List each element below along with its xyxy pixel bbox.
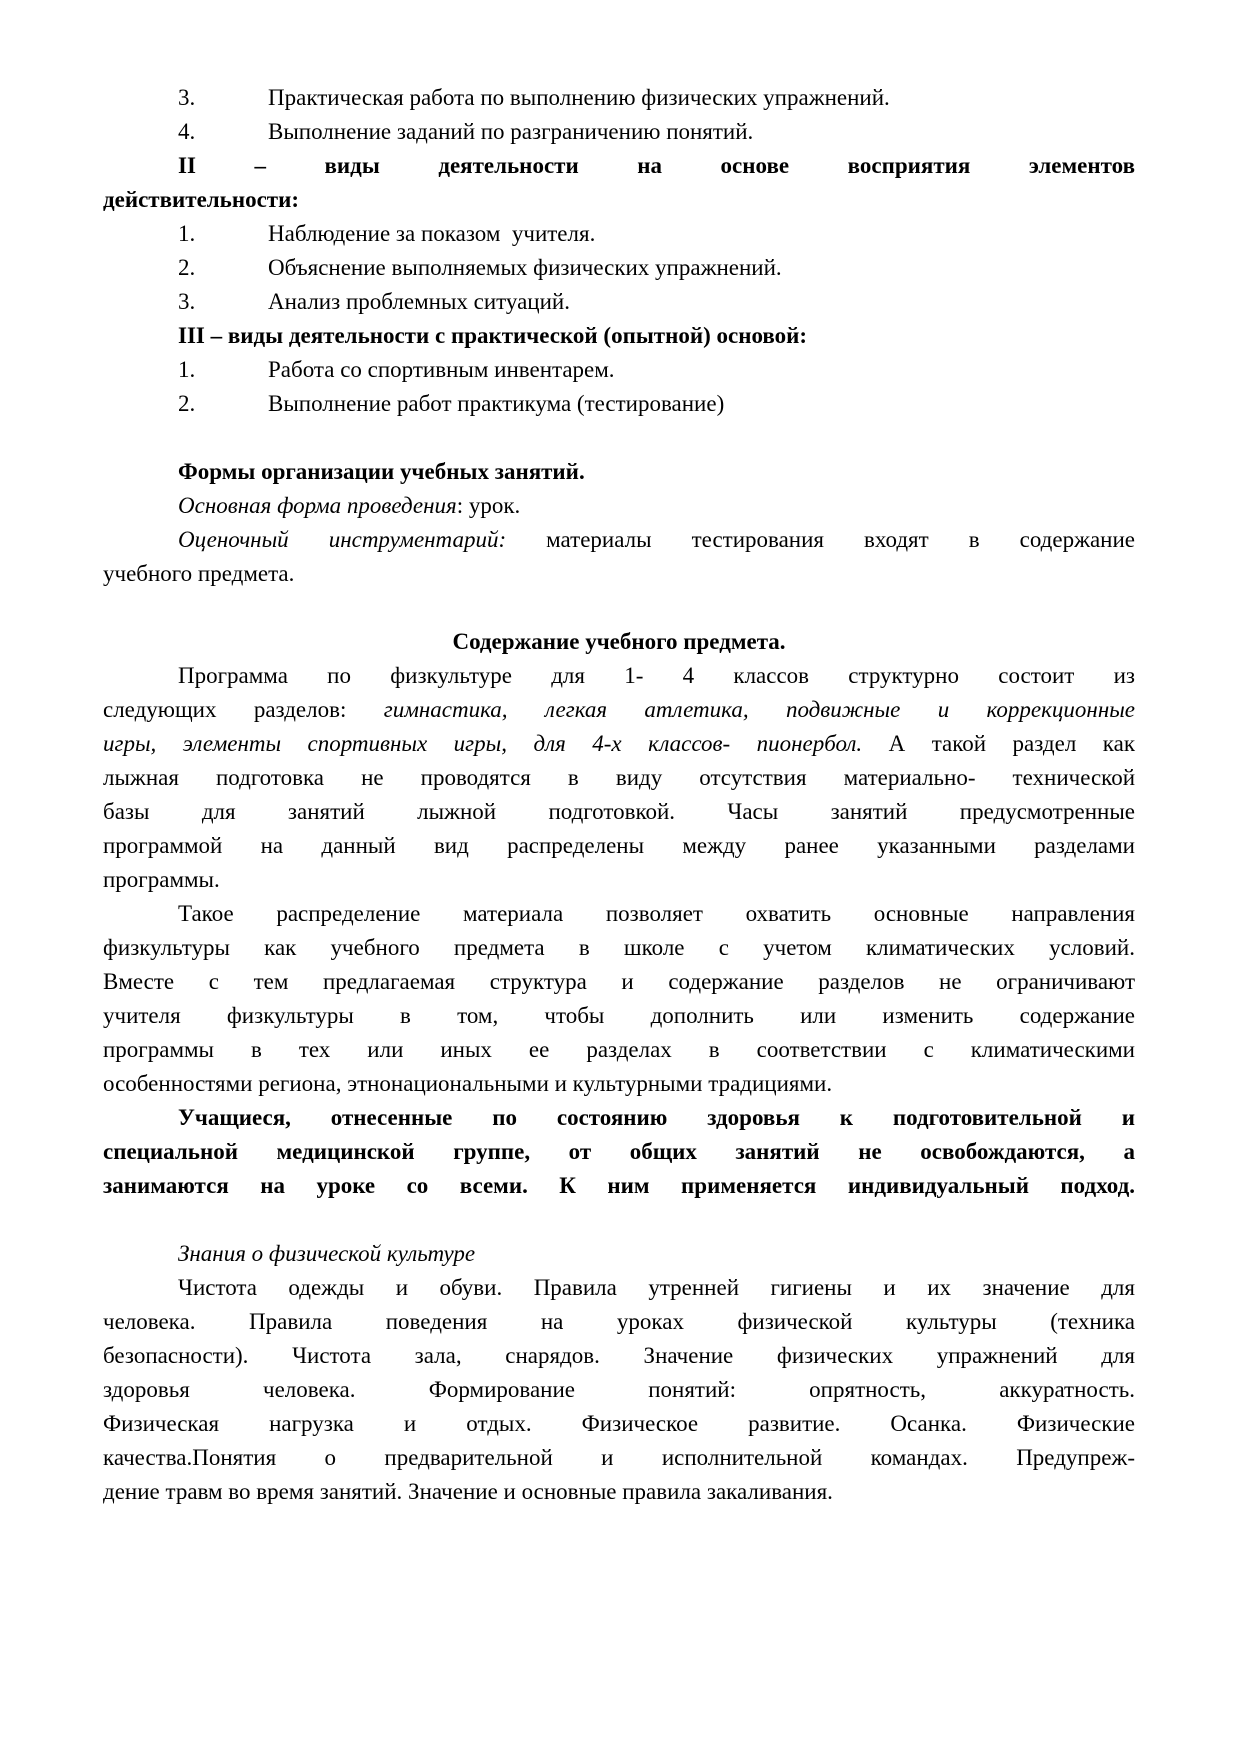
paragraph-line: программой на данный вид распределены ме… xyxy=(103,829,1135,863)
paragraph-line: игры, элементы спортивных игры, для 4-х … xyxy=(103,727,1135,761)
paragraph-line: следующих разделов: гимнастика, легкая а… xyxy=(103,693,1135,727)
list-item-number: 2. xyxy=(178,387,268,421)
text-run: следующих разделов: xyxy=(103,697,384,722)
text-run: безопасности). Чистота зала, снарядов. З… xyxy=(103,1343,1135,1368)
list-item-number: 1. xyxy=(178,217,268,251)
text-run: базы для занятий лыжной подготовкой. Час… xyxy=(103,799,1135,824)
text-run: действительности: xyxy=(103,187,299,212)
heading-line: Формы организации учебных занятий. xyxy=(103,455,1135,489)
numbered-list-item: 3.Анализ проблемных ситуаций. xyxy=(103,285,1135,319)
italic-run: игры, элементы спортивных игры, для 4-х … xyxy=(103,731,862,756)
paragraph-line: здоровья человека. Формирование понятий:… xyxy=(103,1373,1135,1407)
paragraph-line: базы для занятий лыжной подготовкой. Час… xyxy=(103,795,1135,829)
document-page: 3.Практическая работа по выполнению физи… xyxy=(0,0,1240,1754)
heading-line: III – виды деятельности с практической (… xyxy=(103,319,1135,353)
text-run: Содержание учебного предмета. xyxy=(452,629,785,654)
list-item-text: Практическая работа по выполнению физиче… xyxy=(268,85,890,110)
text-run: занимаются на уроке со всеми. К ним прим… xyxy=(103,1173,1135,1198)
blank-line xyxy=(103,421,1135,455)
text-run: программой на данный вид распределены ме… xyxy=(103,833,1135,858)
paragraph-line: физкультуры как учебного предмета в школ… xyxy=(103,931,1135,965)
text-run: Формы организации учебных занятий. xyxy=(178,459,585,484)
blank-line xyxy=(103,591,1135,625)
paragraph-line: программы. xyxy=(103,863,1135,897)
numbered-list-item: 2.Выполнение работ практикума (тестирова… xyxy=(103,387,1135,421)
text-run: Такое распределение материала позволяет … xyxy=(178,901,1135,926)
numbered-list-item: 1.Наблюдение за показом учителя. xyxy=(103,217,1135,251)
paragraph-line: дение травм во время занятий. Значение и… xyxy=(103,1475,1135,1509)
italic-run: Знания о физической культуре xyxy=(178,1241,475,1266)
blank-line xyxy=(103,1203,1135,1237)
paragraph-line: Чистота одежды и обуви. Правила утренней… xyxy=(103,1271,1135,1305)
heading-line: Учащиеся, отнесенные по состоянию здоров… xyxy=(103,1101,1135,1135)
heading-line: специальной медицинской группе, от общих… xyxy=(103,1135,1135,1169)
paragraph-line: Оценочный инструментарий: материалы тест… xyxy=(103,523,1135,557)
text-run: дение травм во время занятий. Значение и… xyxy=(103,1479,833,1504)
list-item-text: Выполнение работ практикума (тестировани… xyxy=(268,391,724,416)
text-run: Программа по физкультуре для 1- 4 классо… xyxy=(178,663,1135,688)
italic-run: гимнастика, легкая атлетика, подвижные и… xyxy=(384,697,1135,722)
paragraph-line: человека. Правила поведения на уроках фи… xyxy=(103,1305,1135,1339)
text-run: программы в тех или иных ее разделах в с… xyxy=(103,1037,1135,1062)
italic-run: Оценочный инструментарий: xyxy=(178,527,506,552)
paragraph-line: Программа по физкультуре для 1- 4 классо… xyxy=(103,659,1135,693)
paragraph-line: Такое распределение материала позволяет … xyxy=(103,897,1135,931)
text-run: особенностями региона, этнонациональными… xyxy=(103,1071,832,1096)
text-run: учебного предмета. xyxy=(103,561,294,586)
text-run: программы. xyxy=(103,867,220,892)
list-item-text: Объяснение выполняемых физических упражн… xyxy=(268,255,782,280)
text-run: учителя физкультуры в том, чтобы дополни… xyxy=(103,1003,1135,1028)
list-item-number: 1. xyxy=(178,353,268,387)
list-item-text: Работа со спортивным инвентарем. xyxy=(268,357,615,382)
text-run: : урок. xyxy=(457,493,521,518)
text-run: здоровья человека. Формирование понятий:… xyxy=(103,1377,1135,1402)
paragraph-line: безопасности). Чистота зала, снарядов. З… xyxy=(103,1339,1135,1373)
paragraph-line: качества.Понятия о предварительной и исп… xyxy=(103,1441,1135,1475)
text-run: Физическая нагрузка и отдых. Физическое … xyxy=(103,1411,1135,1436)
heading-line: действительности: xyxy=(103,183,1135,217)
text-run: А такой раздел как xyxy=(862,731,1135,756)
text-run: Учащиеся, отнесенные по состоянию здоров… xyxy=(178,1105,1135,1130)
list-item-text: Наблюдение за показом учителя. xyxy=(268,221,595,246)
paragraph-line: Знания о физической культуре xyxy=(103,1237,1135,1271)
paragraph-line: Физическая нагрузка и отдых. Физическое … xyxy=(103,1407,1135,1441)
text-run: специальной медицинской группе, от общих… xyxy=(103,1139,1135,1164)
text-run: материалы тестирования входят в содержан… xyxy=(506,527,1135,552)
italic-run: Основная форма проведения xyxy=(178,493,457,518)
paragraph-line: учебного предмета. xyxy=(103,557,1135,591)
text-run: Чистота одежды и обуви. Правила утренней… xyxy=(178,1275,1135,1300)
text-run: II – виды деятельности на основе восприя… xyxy=(178,153,1135,178)
heading-line: II – виды деятельности на основе восприя… xyxy=(103,149,1135,183)
paragraph-line: Основная форма проведения: урок. xyxy=(103,489,1135,523)
paragraph-line: учителя физкультуры в том, чтобы дополни… xyxy=(103,999,1135,1033)
list-item-number: 3. xyxy=(178,81,268,115)
text-run: Вместе с тем предлагаемая структура и со… xyxy=(103,969,1135,994)
paragraph-line: программы в тех или иных ее разделах в с… xyxy=(103,1033,1135,1067)
text-run: качества.Понятия о предварительной и исп… xyxy=(103,1445,1135,1470)
heading-line: занимаются на уроке со всеми. К ним прим… xyxy=(103,1169,1135,1203)
paragraph-line: лыжная подготовка не проводятся в виду о… xyxy=(103,761,1135,795)
list-item-number: 2. xyxy=(178,251,268,285)
numbered-list-item: 2.Объяснение выполняемых физических упра… xyxy=(103,251,1135,285)
text-run: III – виды деятельности с практической (… xyxy=(178,323,807,348)
numbered-list-item: 3.Практическая работа по выполнению физи… xyxy=(103,81,1135,115)
paragraph-line: особенностями региона, этнонациональными… xyxy=(103,1067,1135,1101)
list-item-number: 3. xyxy=(178,285,268,319)
list-item-text: Анализ проблемных ситуаций. xyxy=(268,289,570,314)
text-run: физкультуры как учебного предмета в школ… xyxy=(103,935,1135,960)
numbered-list-item: 1.Работа со спортивным инвентарем. xyxy=(103,353,1135,387)
list-item-number: 4. xyxy=(178,115,268,149)
numbered-list-item: 4.Выполнение заданий по разграничению по… xyxy=(103,115,1135,149)
text-run: человека. Правила поведения на уроках фи… xyxy=(103,1309,1135,1334)
list-item-text: Выполнение заданий по разграничению поня… xyxy=(268,119,753,144)
paragraph-line: Вместе с тем предлагаемая структура и со… xyxy=(103,965,1135,999)
centered-heading-line: Содержание учебного предмета. xyxy=(103,625,1135,659)
text-run: лыжная подготовка не проводятся в виду о… xyxy=(103,765,1135,790)
